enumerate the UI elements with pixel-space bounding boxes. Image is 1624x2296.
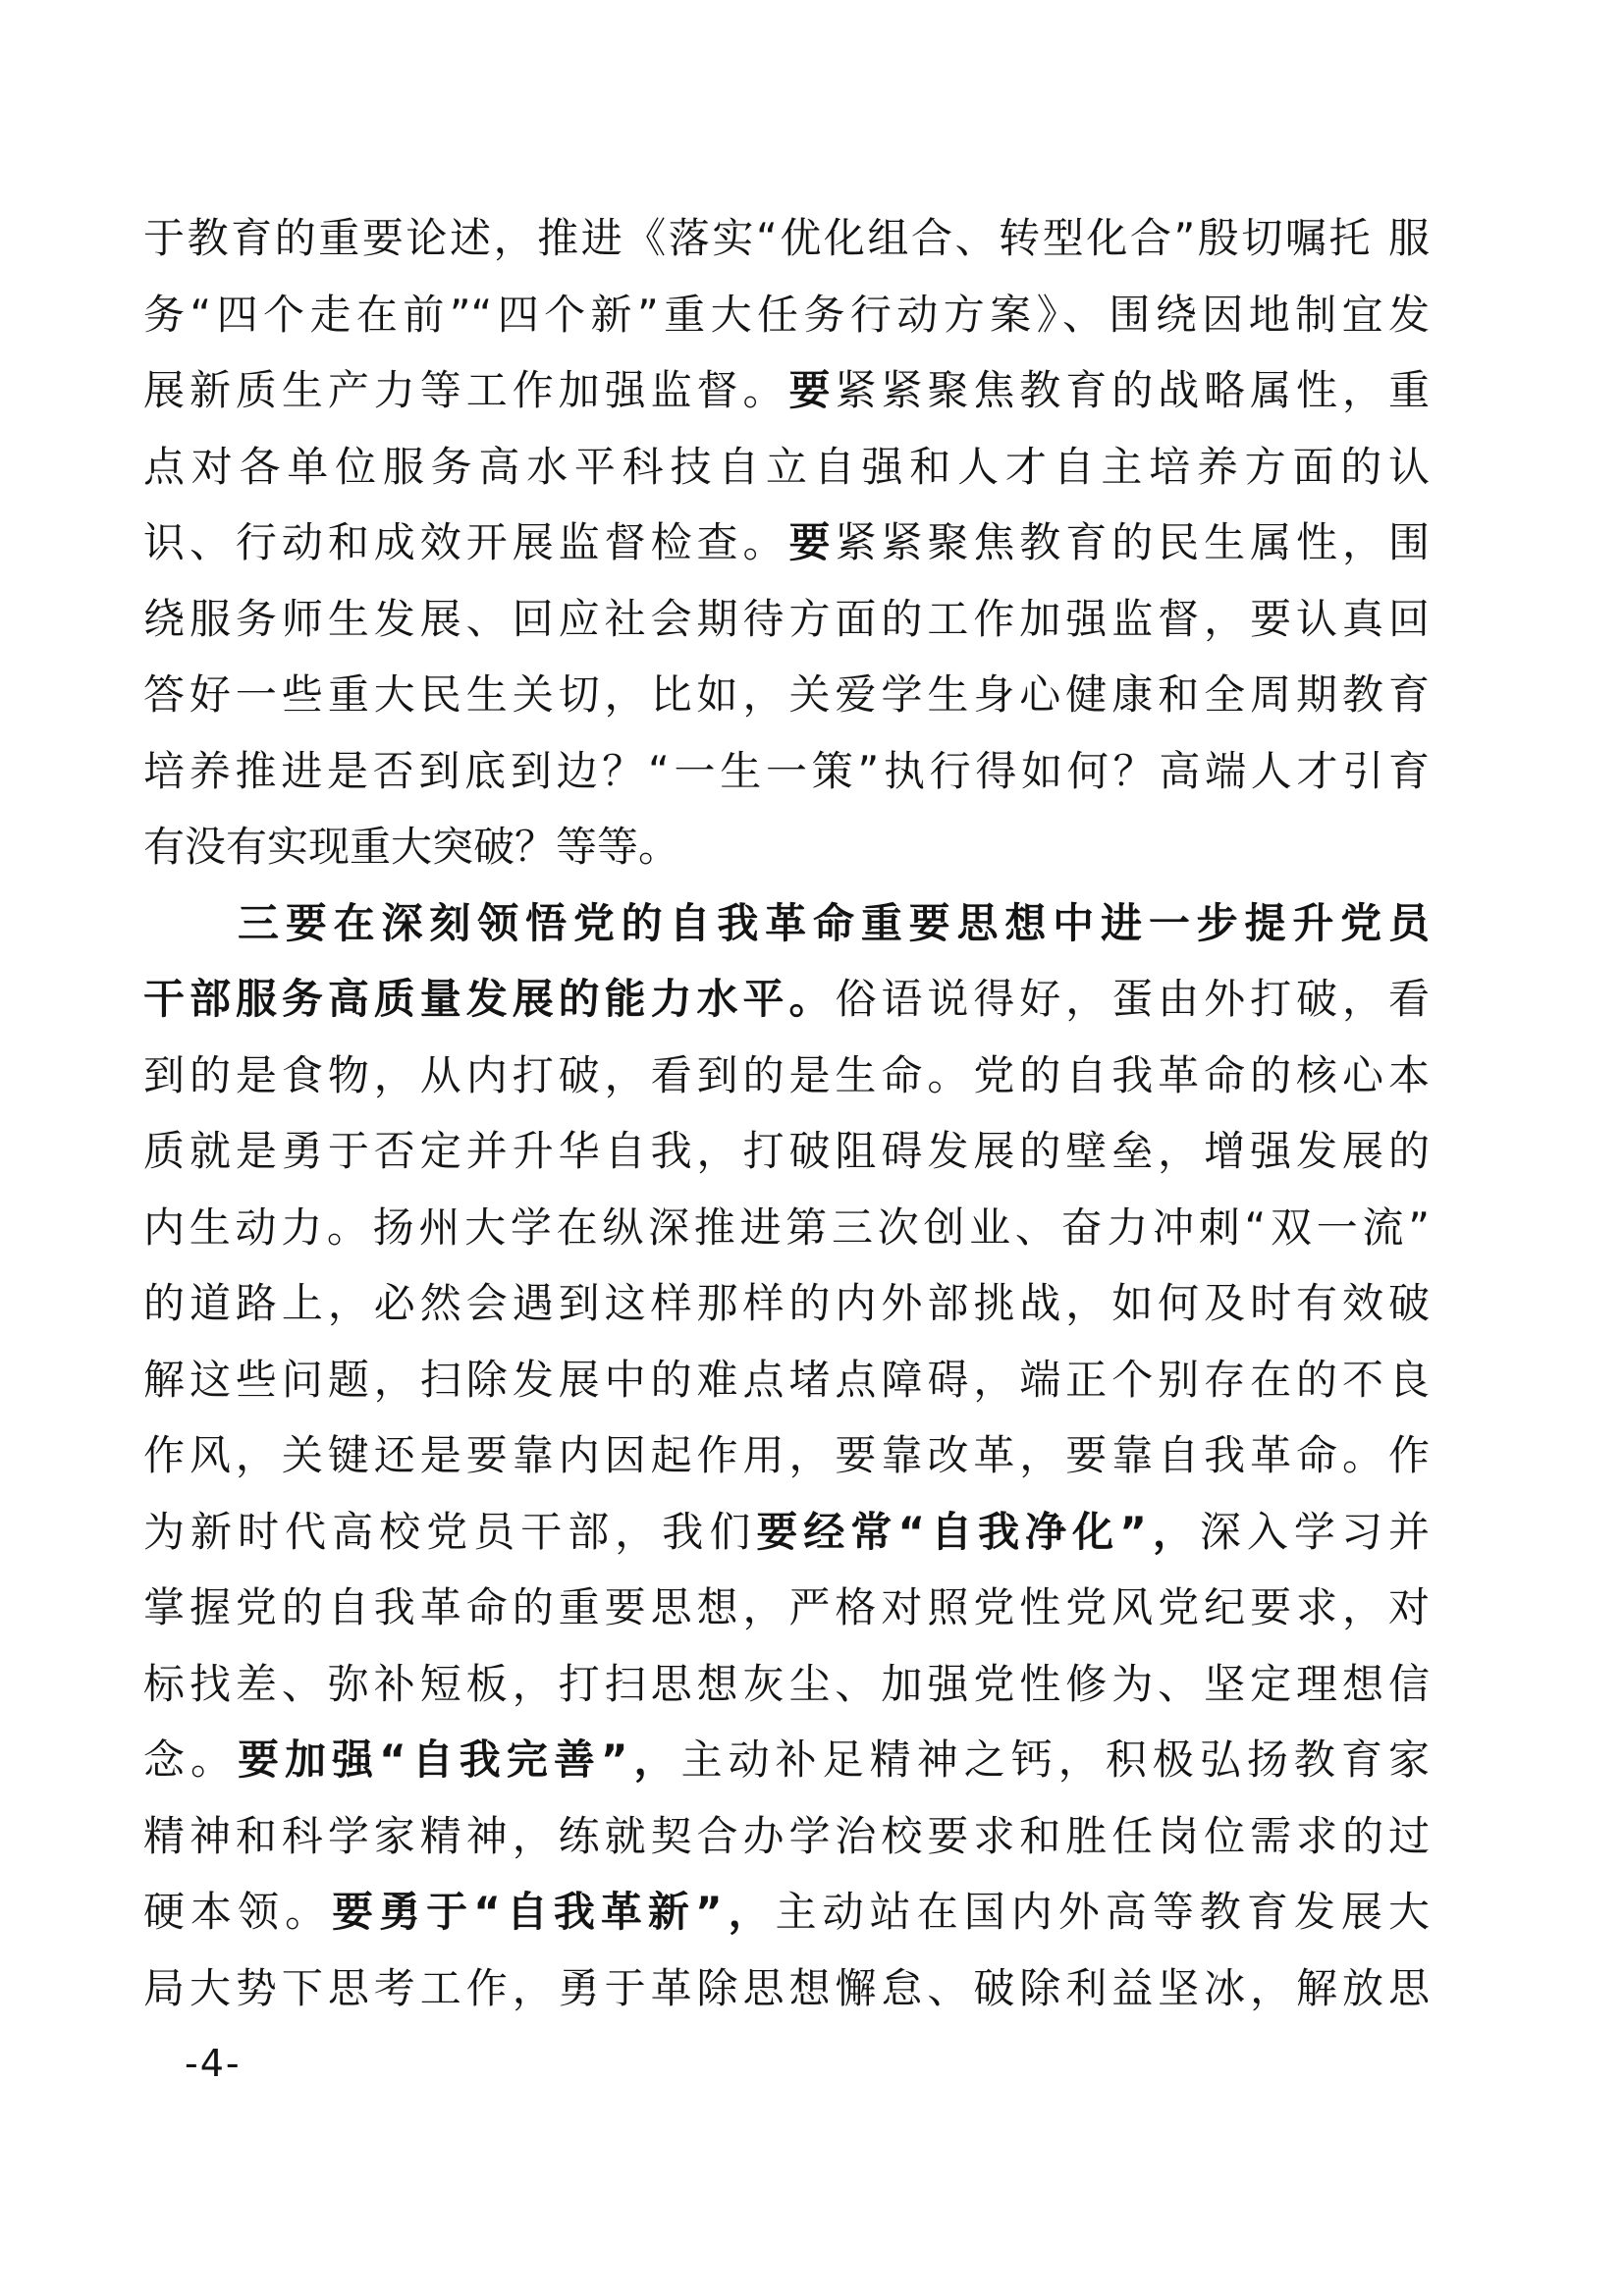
text-line: 识、行动和成效开展监督检查。要紧紧聚焦教育的民生属性，围 bbox=[143, 505, 1430, 581]
text-run: 掌握党的自我革命的重要思想，严格对照党性党风党纪要求，对 bbox=[143, 1583, 1430, 1631]
text-line: 三要在深刻领悟党的自我革命重要思想中进一步提升党员 bbox=[143, 885, 1430, 962]
bold-text-run: 要经常“自我净化”， bbox=[756, 1508, 1200, 1556]
page-number: -4- bbox=[185, 2044, 242, 2083]
text-run: 紧紧聚焦教育的民生属性，围 bbox=[835, 518, 1430, 566]
text-line: 精神和科学家精神，练就契合办学治校要求和胜任岗位需求的过 bbox=[143, 1798, 1430, 1875]
text-line: 局大势下思考工作，勇于革除思想懈怠、破除利益坚冰，解放思 bbox=[143, 1950, 1430, 2027]
text-line: 展新质生产力等工作加强监督。要紧紧聚焦教育的战略属性，重 bbox=[143, 352, 1430, 429]
text-run: 质就是勇于否定并升华自我，打破阻碍发展的壁垒，增强发展的 bbox=[143, 1127, 1430, 1175]
text-run: 有没有实现重大突破？等等。 bbox=[143, 823, 679, 871]
text-line: 硬本领。要勇于“自我革新”，主动站在国内外高等教育发展大 bbox=[143, 1874, 1430, 1950]
text-run: 于教育的重要论述，推进《落实“优化组合、转型化合”殷切嘱托 服 bbox=[143, 214, 1430, 262]
text-line: 掌握党的自我革命的重要思想，严格对照党性党风党纪要求，对 bbox=[143, 1570, 1430, 1646]
text-line: 解这些问题，扫除发展中的难点堵点障碍，端正个别存在的不良 bbox=[143, 1342, 1430, 1418]
text-run: 展新质生产力等工作加强监督。 bbox=[143, 366, 788, 414]
bold-text-run: 三要在深刻领悟党的自我革命重要思想中进一步提升党员 bbox=[238, 899, 1430, 947]
text-run: 识、行动和成效开展监督检查。 bbox=[143, 518, 788, 566]
text-run: 到的是食物，从内打破，看到的是生命。党的自我革命的核心本 bbox=[143, 1051, 1430, 1099]
text-run: 标找差、弥补短板，打扫思想灰尘、加强党性修为、坚定理想信 bbox=[143, 1660, 1430, 1708]
text-run: 为新时代高校党员干部，我们 bbox=[143, 1508, 756, 1556]
bold-text-run: 要 bbox=[788, 518, 835, 566]
text-run: 作风，关键还是要靠内因起作用，要靠改革，要靠自我革命。作 bbox=[143, 1431, 1430, 1479]
text-line: 培养推进是否到底到边？“一生一策”执行得如何？高端人才引育 bbox=[143, 733, 1430, 810]
text-line: 有没有实现重大突破？等等。 bbox=[143, 809, 1430, 885]
text-run: 解这些问题，扫除发展中的难点堵点障碍，端正个别存在的不良 bbox=[143, 1356, 1430, 1404]
text-run: 培养推进是否到底到边？“一生一策”执行得如何？高端人才引育 bbox=[143, 747, 1430, 795]
text-run: 俗语说得好，蛋由外打破，看 bbox=[835, 975, 1430, 1023]
text-run: 念。 bbox=[143, 1735, 238, 1784]
text-line: 质就是勇于否定并升华自我，打破阻碍发展的壁垒，增强发展的 bbox=[143, 1113, 1430, 1190]
text-line: 为新时代高校党员干部，我们要经常“自我净化”，深入学习并 bbox=[143, 1494, 1430, 1571]
text-line: 作风，关键还是要靠内因起作用，要靠改革，要靠自我革命。作 bbox=[143, 1417, 1430, 1494]
text-run: 深入学习并 bbox=[1200, 1508, 1430, 1556]
text-run: 局大势下思考工作，勇于革除思想懈怠、破除利益坚冰，解放思 bbox=[143, 1964, 1430, 2012]
text-run: 紧紧聚焦教育的战略属性，重 bbox=[835, 366, 1430, 414]
document-body: 于教育的重要论述，推进《落实“优化组合、转型化合”殷切嘱托 服务“四个走在前”“… bbox=[143, 200, 1430, 2026]
text-run: 务“四个走在前”“四个新”重大任务行动方案》、围绕因地制宜发 bbox=[143, 291, 1430, 339]
text-run: 点对各单位服务高水平科技自立自强和人才自主培养方面的认 bbox=[143, 443, 1430, 491]
text-line: 务“四个走在前”“四个新”重大任务行动方案》、围绕因地制宜发 bbox=[143, 277, 1430, 353]
text-line: 于教育的重要论述，推进《落实“优化组合、转型化合”殷切嘱托 服 bbox=[143, 200, 1430, 277]
text-line: 干部服务高质量发展的能力水平。俗语说得好，蛋由外打破，看 bbox=[143, 961, 1430, 1038]
bold-text-run: 干部服务高质量发展的能力水平。 bbox=[143, 975, 835, 1023]
text-run: 精神和科学家精神，练就契合办学治校要求和胜任岗位需求的过 bbox=[143, 1812, 1430, 1860]
text-line: 标找差、弥补短板，打扫思想灰尘、加强党性修为、坚定理想信 bbox=[143, 1646, 1430, 1723]
text-line: 到的是食物，从内打破，看到的是生命。党的自我革命的核心本 bbox=[143, 1038, 1430, 1114]
bold-text-run: 要加强“自我完善”， bbox=[238, 1735, 681, 1784]
text-line: 绕服务师生发展、回应社会期待方面的工作加强监督，要认真回 bbox=[143, 581, 1430, 658]
text-run: 内生动力。扬州大学在纵深推进第三次创业、奋力冲刺“双一流” bbox=[143, 1203, 1430, 1252]
document-page: 于教育的重要论述，推进《落实“优化组合、转型化合”殷切嘱托 服务“四个走在前”“… bbox=[0, 0, 1624, 2296]
bold-text-run: 要勇于“自我革新”， bbox=[332, 1888, 776, 1936]
text-line: 念。要加强“自我完善”，主动补足精神之钙，积极弘扬教育家 bbox=[143, 1722, 1430, 1798]
text-run: 硬本领。 bbox=[143, 1888, 332, 1936]
bold-text-run: 要 bbox=[788, 366, 835, 414]
text-line: 答好一些重大民生关切，比如，关爱学生身心健康和全周期教育 bbox=[143, 657, 1430, 733]
text-run: 的道路上，必然会遇到这样那样的内外部挑战，如何及时有效破 bbox=[143, 1279, 1430, 1327]
text-run: 答好一些重大民生关切，比如，关爱学生身心健康和全周期教育 bbox=[143, 670, 1430, 719]
text-run: 绕服务师生发展、回应社会期待方面的工作加强监督，要认真回 bbox=[143, 595, 1430, 643]
text-line: 点对各单位服务高水平科技自立自强和人才自主培养方面的认 bbox=[143, 429, 1430, 506]
text-run: 主动补足精神之钙，积极弘扬教育家 bbox=[681, 1735, 1430, 1784]
text-line: 的道路上，必然会遇到这样那样的内外部挑战，如何及时有效破 bbox=[143, 1265, 1430, 1342]
text-run: 主动站在国内外高等教育发展大 bbox=[776, 1888, 1430, 1936]
text-line: 内生动力。扬州大学在纵深推进第三次创业、奋力冲刺“双一流” bbox=[143, 1190, 1430, 1266]
